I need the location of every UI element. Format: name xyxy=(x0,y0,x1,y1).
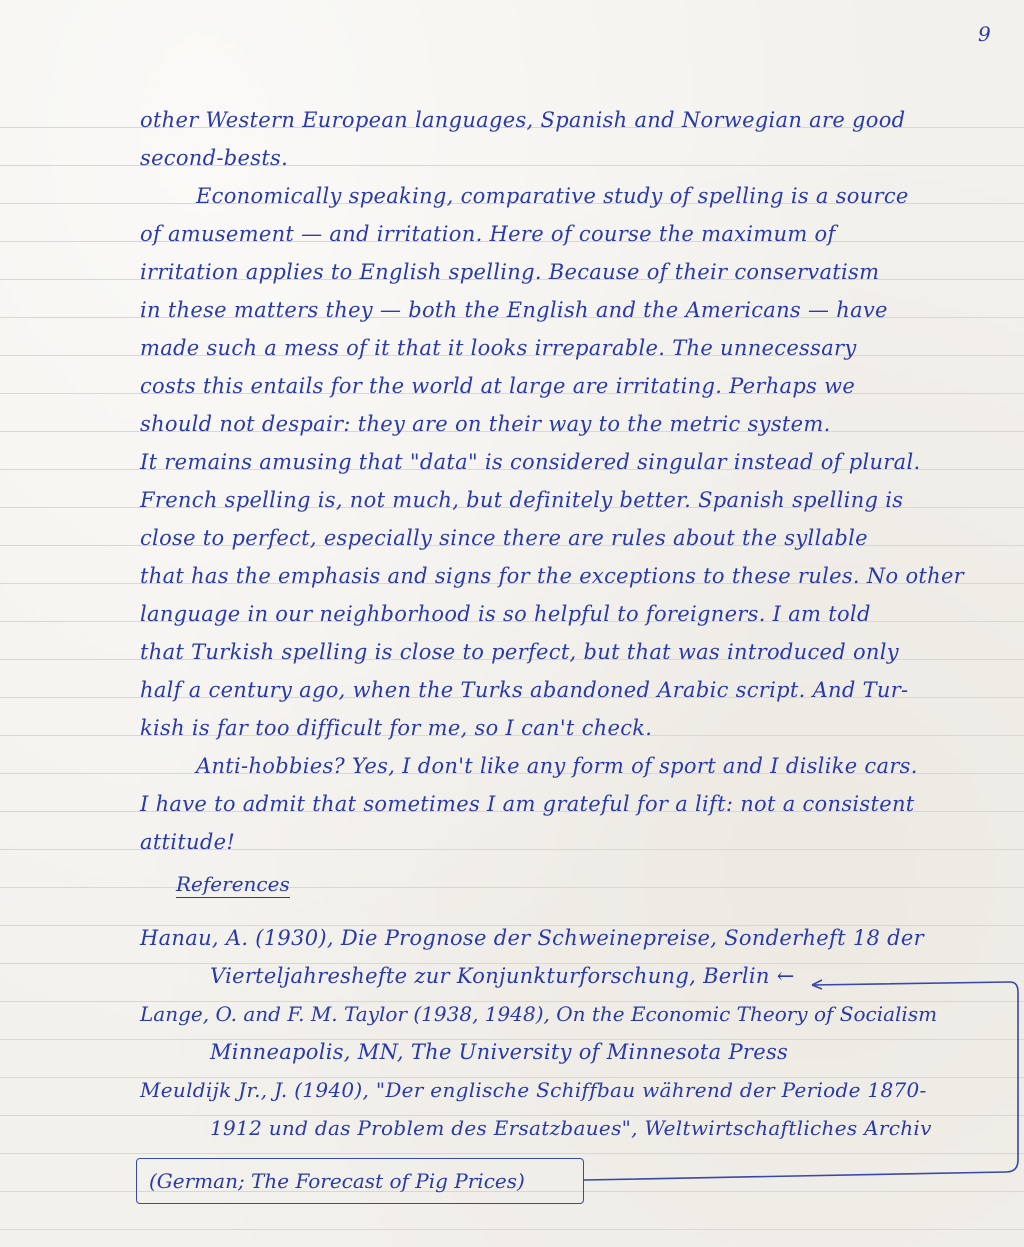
reference-entry-line: Lange, O. and F. M. Taylor (1938, 1948),… xyxy=(140,1002,937,1026)
handwritten-page: 9 other Western European languages, Span… xyxy=(0,0,1024,1247)
ruled-line xyxy=(0,887,1024,888)
body-line: other Western European languages, Spanis… xyxy=(140,108,905,132)
reference-entry-continuation: Vierteljahreshefte zur Konjunkturforschu… xyxy=(210,964,795,988)
body-line: language in our neighborhood is so helpf… xyxy=(140,602,871,626)
body-line: costs this entails for the world at larg… xyxy=(140,374,855,398)
body-line: half a century ago, when the Turks aband… xyxy=(140,678,908,702)
body-line: that has the emphasis and signs for the … xyxy=(140,564,964,588)
body-line: It remains amusing that "data" is consid… xyxy=(140,450,920,474)
ruled-line xyxy=(0,1153,1024,1154)
body-line: of amusement — and irritation. Here of c… xyxy=(140,222,836,246)
body-line: attitude! xyxy=(140,830,235,854)
body-line: French spelling is, not much, but defini… xyxy=(140,488,903,512)
page-number: 9 xyxy=(978,22,991,46)
paragraph-start-line: Economically speaking, comparative study… xyxy=(196,184,909,208)
reference-entry-line: Hanau, A. (1930), Die Prognose der Schwe… xyxy=(140,926,924,950)
body-line: I have to admit that sometimes I am grat… xyxy=(140,792,915,816)
body-line: should not despair: they are on their wa… xyxy=(140,412,831,436)
body-line: made such a mess of it that it looks irr… xyxy=(140,336,857,360)
reference-entry-continuation: Minneapolis, MN, The University of Minne… xyxy=(210,1040,788,1064)
paragraph-start-line: Anti-hobbies? Yes, I don't like any form… xyxy=(196,754,918,778)
body-line: kish is far too difficult for me, so I c… xyxy=(140,716,652,740)
references-heading: References xyxy=(176,872,290,898)
body-line: irritation applies to English spelling. … xyxy=(140,260,879,284)
body-line: close to perfect, especially since there… xyxy=(140,526,868,550)
reference-entry-line: Meuldijk Jr., J. (1940), "Der englische … xyxy=(140,1078,927,1102)
body-line: in these matters they — both the English… xyxy=(140,298,888,322)
reference-entry-continuation: 1912 und das Problem des Ersatzbaues", W… xyxy=(210,1116,932,1140)
ruled-line xyxy=(0,1229,1024,1230)
margin-note-box: (German; The Forecast of Pig Prices) xyxy=(136,1158,584,1204)
body-line: second-bests. xyxy=(140,146,288,170)
body-line: that Turkish spelling is close to perfec… xyxy=(140,640,899,664)
